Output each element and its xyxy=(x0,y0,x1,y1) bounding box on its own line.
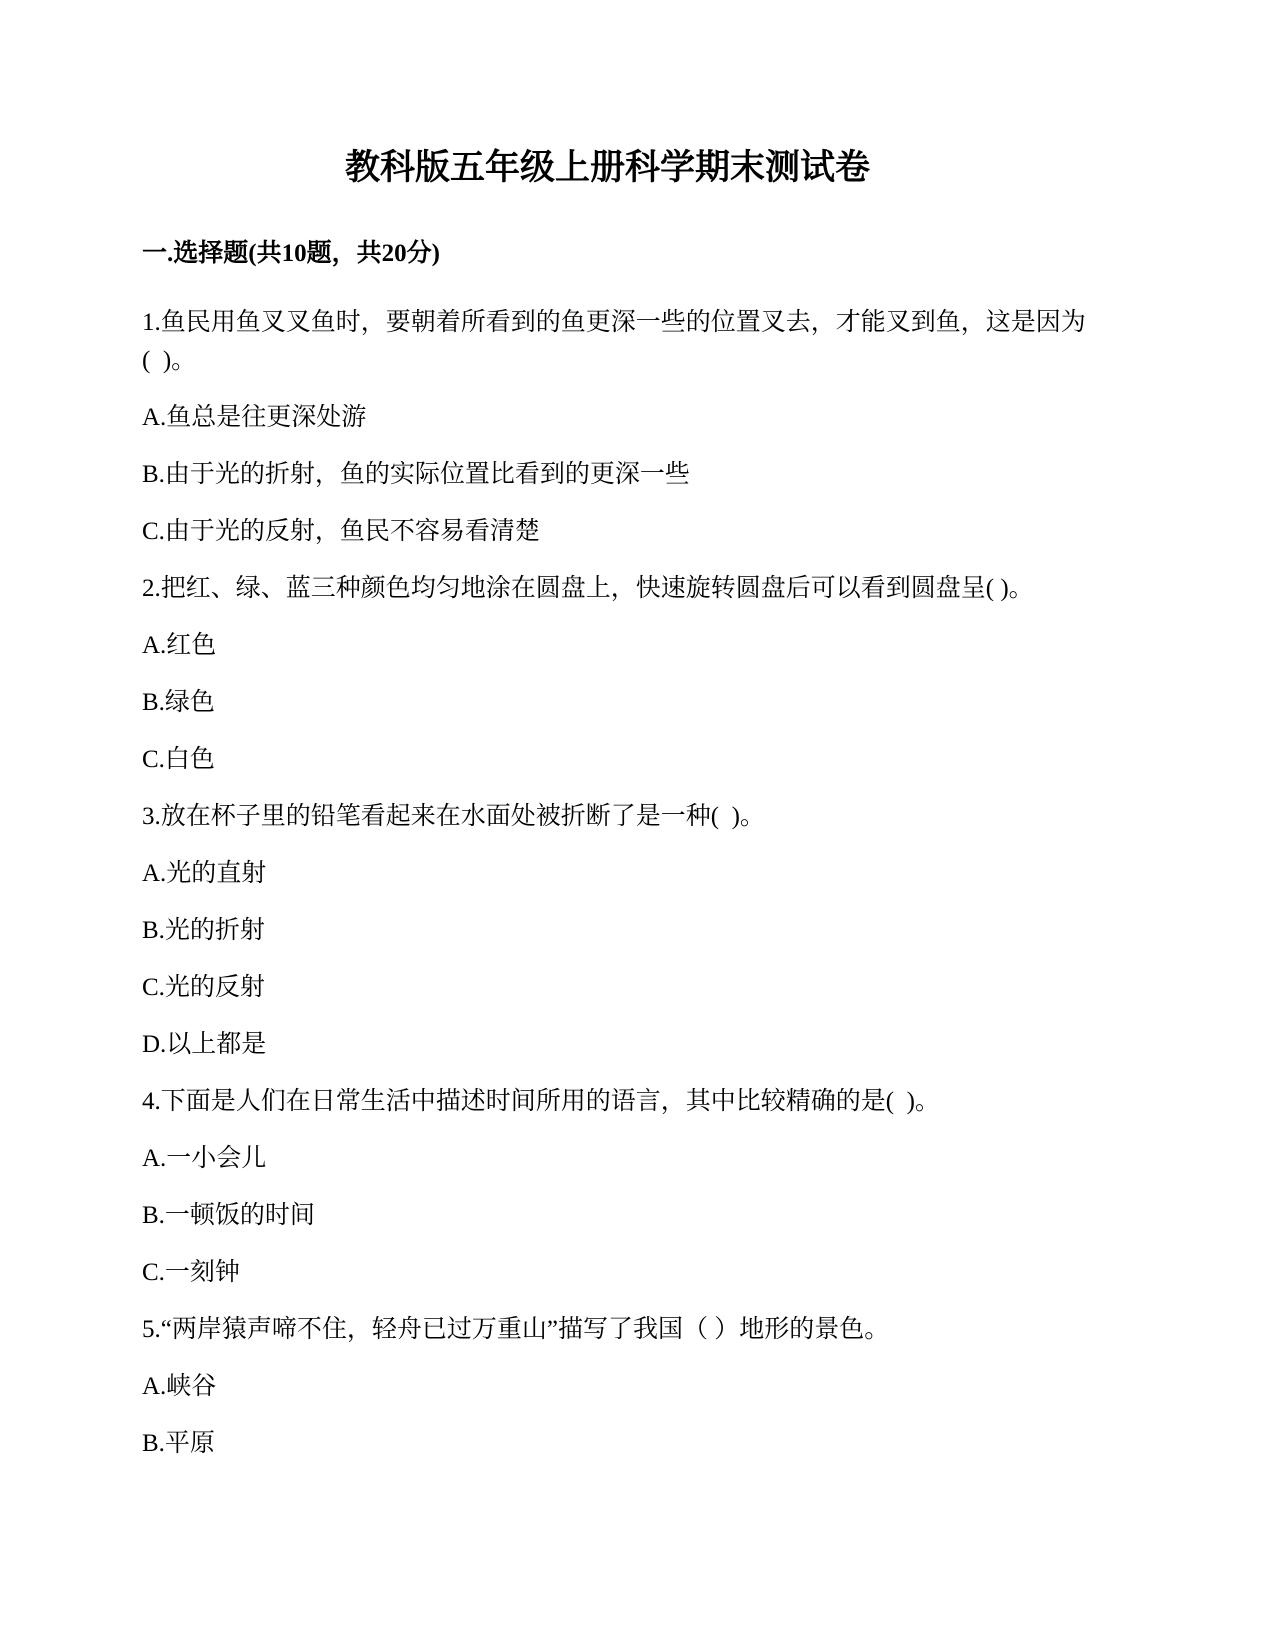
question-4-option-b: B.一顿饭的时间 xyxy=(142,1197,1133,1235)
page-title: 教科版五年级上册科学期末测试卷 xyxy=(142,142,1073,195)
question-5-option-a: A.峡谷 xyxy=(142,1368,1133,1406)
question-4-option-c: C.一刻钟 xyxy=(142,1254,1133,1292)
question-1-option-a: A.鱼总是往更深处游 xyxy=(142,399,1133,437)
question-2-text: 2.把红、绿、蓝三种颜色均匀地涂在圆盘上，快速旋转圆盘后可以看到圆盘呈( )。 xyxy=(142,570,1133,608)
question-1-option-c: C.由于光的反射，鱼民不容易看清楚 xyxy=(142,513,1133,551)
question-5-option-b: B.平原 xyxy=(142,1425,1133,1463)
question-4-option-a: A.一小会儿 xyxy=(142,1140,1133,1178)
question-1-option-b: B.由于光的折射，鱼的实际位置比看到的更深一些 xyxy=(142,456,1133,494)
question-3-option-a: A.光的直射 xyxy=(142,855,1133,893)
question-3-option-b: B.光的折射 xyxy=(142,912,1133,950)
question-2-option-a: A.红色 xyxy=(142,627,1133,665)
question-2-option-b: B.绿色 xyxy=(142,684,1133,722)
section-heading: 一.选择题(共10题，共20分) xyxy=(142,235,1133,273)
question-3-option-d: D.以上都是 xyxy=(142,1026,1133,1064)
question-3-option-c: C.光的反射 xyxy=(142,969,1133,1007)
question-3-text: 3.放在杯子里的铅笔看起来在水面处被折断了是一种( )。 xyxy=(142,798,1133,836)
test-paper-page: 教科版五年级上册科学期末测试卷 一.选择题(共10题，共20分) 1.鱼民用鱼叉… xyxy=(0,0,1275,1650)
question-1-text: 1.鱼民用鱼叉叉鱼时，要朝着所看到的鱼更深一些的位置叉去，才能叉到鱼，这是因为 … xyxy=(142,304,1133,379)
question-2-option-c: C.白色 xyxy=(142,741,1133,779)
question-5-text: 5.“两岸猿声啼不住，轻舟已过万重山”描写了我国（ ）地形的景色。 xyxy=(142,1311,1133,1349)
question-4-text: 4.下面是人们在日常生活中描述时间所用的语言，其中比较精确的是( )。 xyxy=(142,1083,1133,1121)
